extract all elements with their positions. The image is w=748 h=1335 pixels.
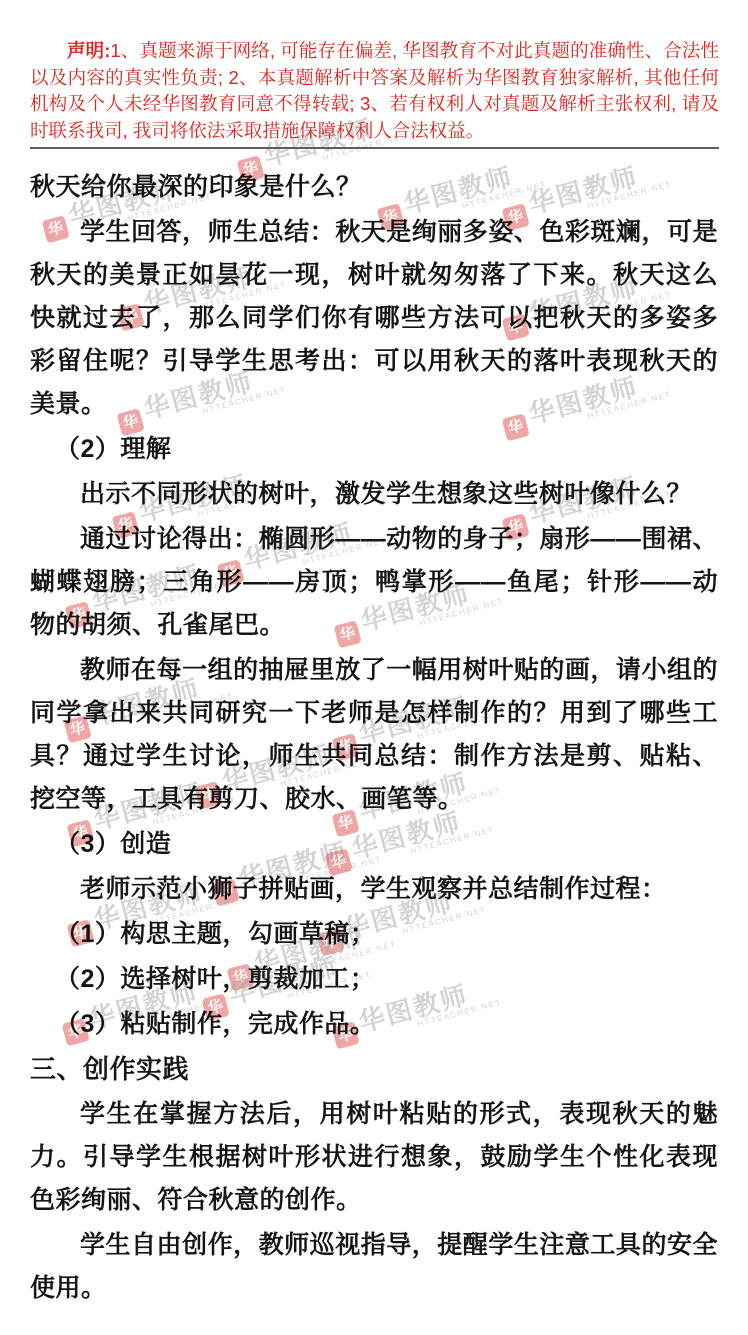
document-body: 秋天给你最深的印象是什么？学生回答，师生总结：秋天是绚丽多姿、色彩斑斓，可是秋天… xyxy=(30,166,718,1312)
paragraph: 出示不同形状的树叶，激发学生想象这些树叶像什么？ xyxy=(30,473,718,516)
paragraph: 学生在掌握方法后，用树叶粘贴的形式，表现秋天的魅力。引导学生根据树叶形状进行想象… xyxy=(30,1093,718,1222)
paragraph: （3）创造 xyxy=(30,823,718,866)
section-divider xyxy=(30,147,719,149)
section-heading: 三、创作实践 xyxy=(30,1048,718,1091)
disclaimer-label: 声明: xyxy=(67,40,110,61)
paragraph: 学生自由创作，教师巡视指导，提醒学生注意工具的安全使用。 xyxy=(30,1224,718,1310)
paragraph: （2）理解 xyxy=(30,428,718,471)
document-page: 华华图教师HTTEACHER.NET华华图教师HTTEACHER.NET华华图教… xyxy=(0,0,748,1335)
paragraph: 老师示范小狮子拼贴画，学生观察并总结制作过程： xyxy=(30,868,718,911)
disclaimer: 声明:1、真题来源于网络, 可能存在偏差, 华图教育不对此真题的准确性、合法性以… xyxy=(30,38,719,144)
paragraph: （2）选择树叶，剪裁加工； xyxy=(30,958,718,1001)
paragraph: （3）粘贴制作，完成作品。 xyxy=(30,1003,718,1046)
paragraph: 教师在每一组的抽屉里放了一幅用树叶贴的画，请小组的同学拿出来共同研究一下老师是怎… xyxy=(30,649,718,821)
paragraph: 通过讨论得出：椭圆形——动物的身子；扇形——围裙、蝴蝶翅膀；三角形——房顶；鸭掌… xyxy=(30,518,718,647)
paragraph: 秋天给你最深的印象是什么？ xyxy=(30,166,718,209)
paragraph: （1）构思主题，勾画草稿； xyxy=(30,913,718,956)
disclaimer-text: 1、真题来源于网络, 可能存在偏差, 华图教育不对此真题的准确性、合法性以及内容… xyxy=(30,40,719,141)
paragraph: 学生回答，师生总结：秋天是绚丽多姿、色彩斑斓，可是秋天的美景正如昙花一现，树叶就… xyxy=(30,211,718,426)
